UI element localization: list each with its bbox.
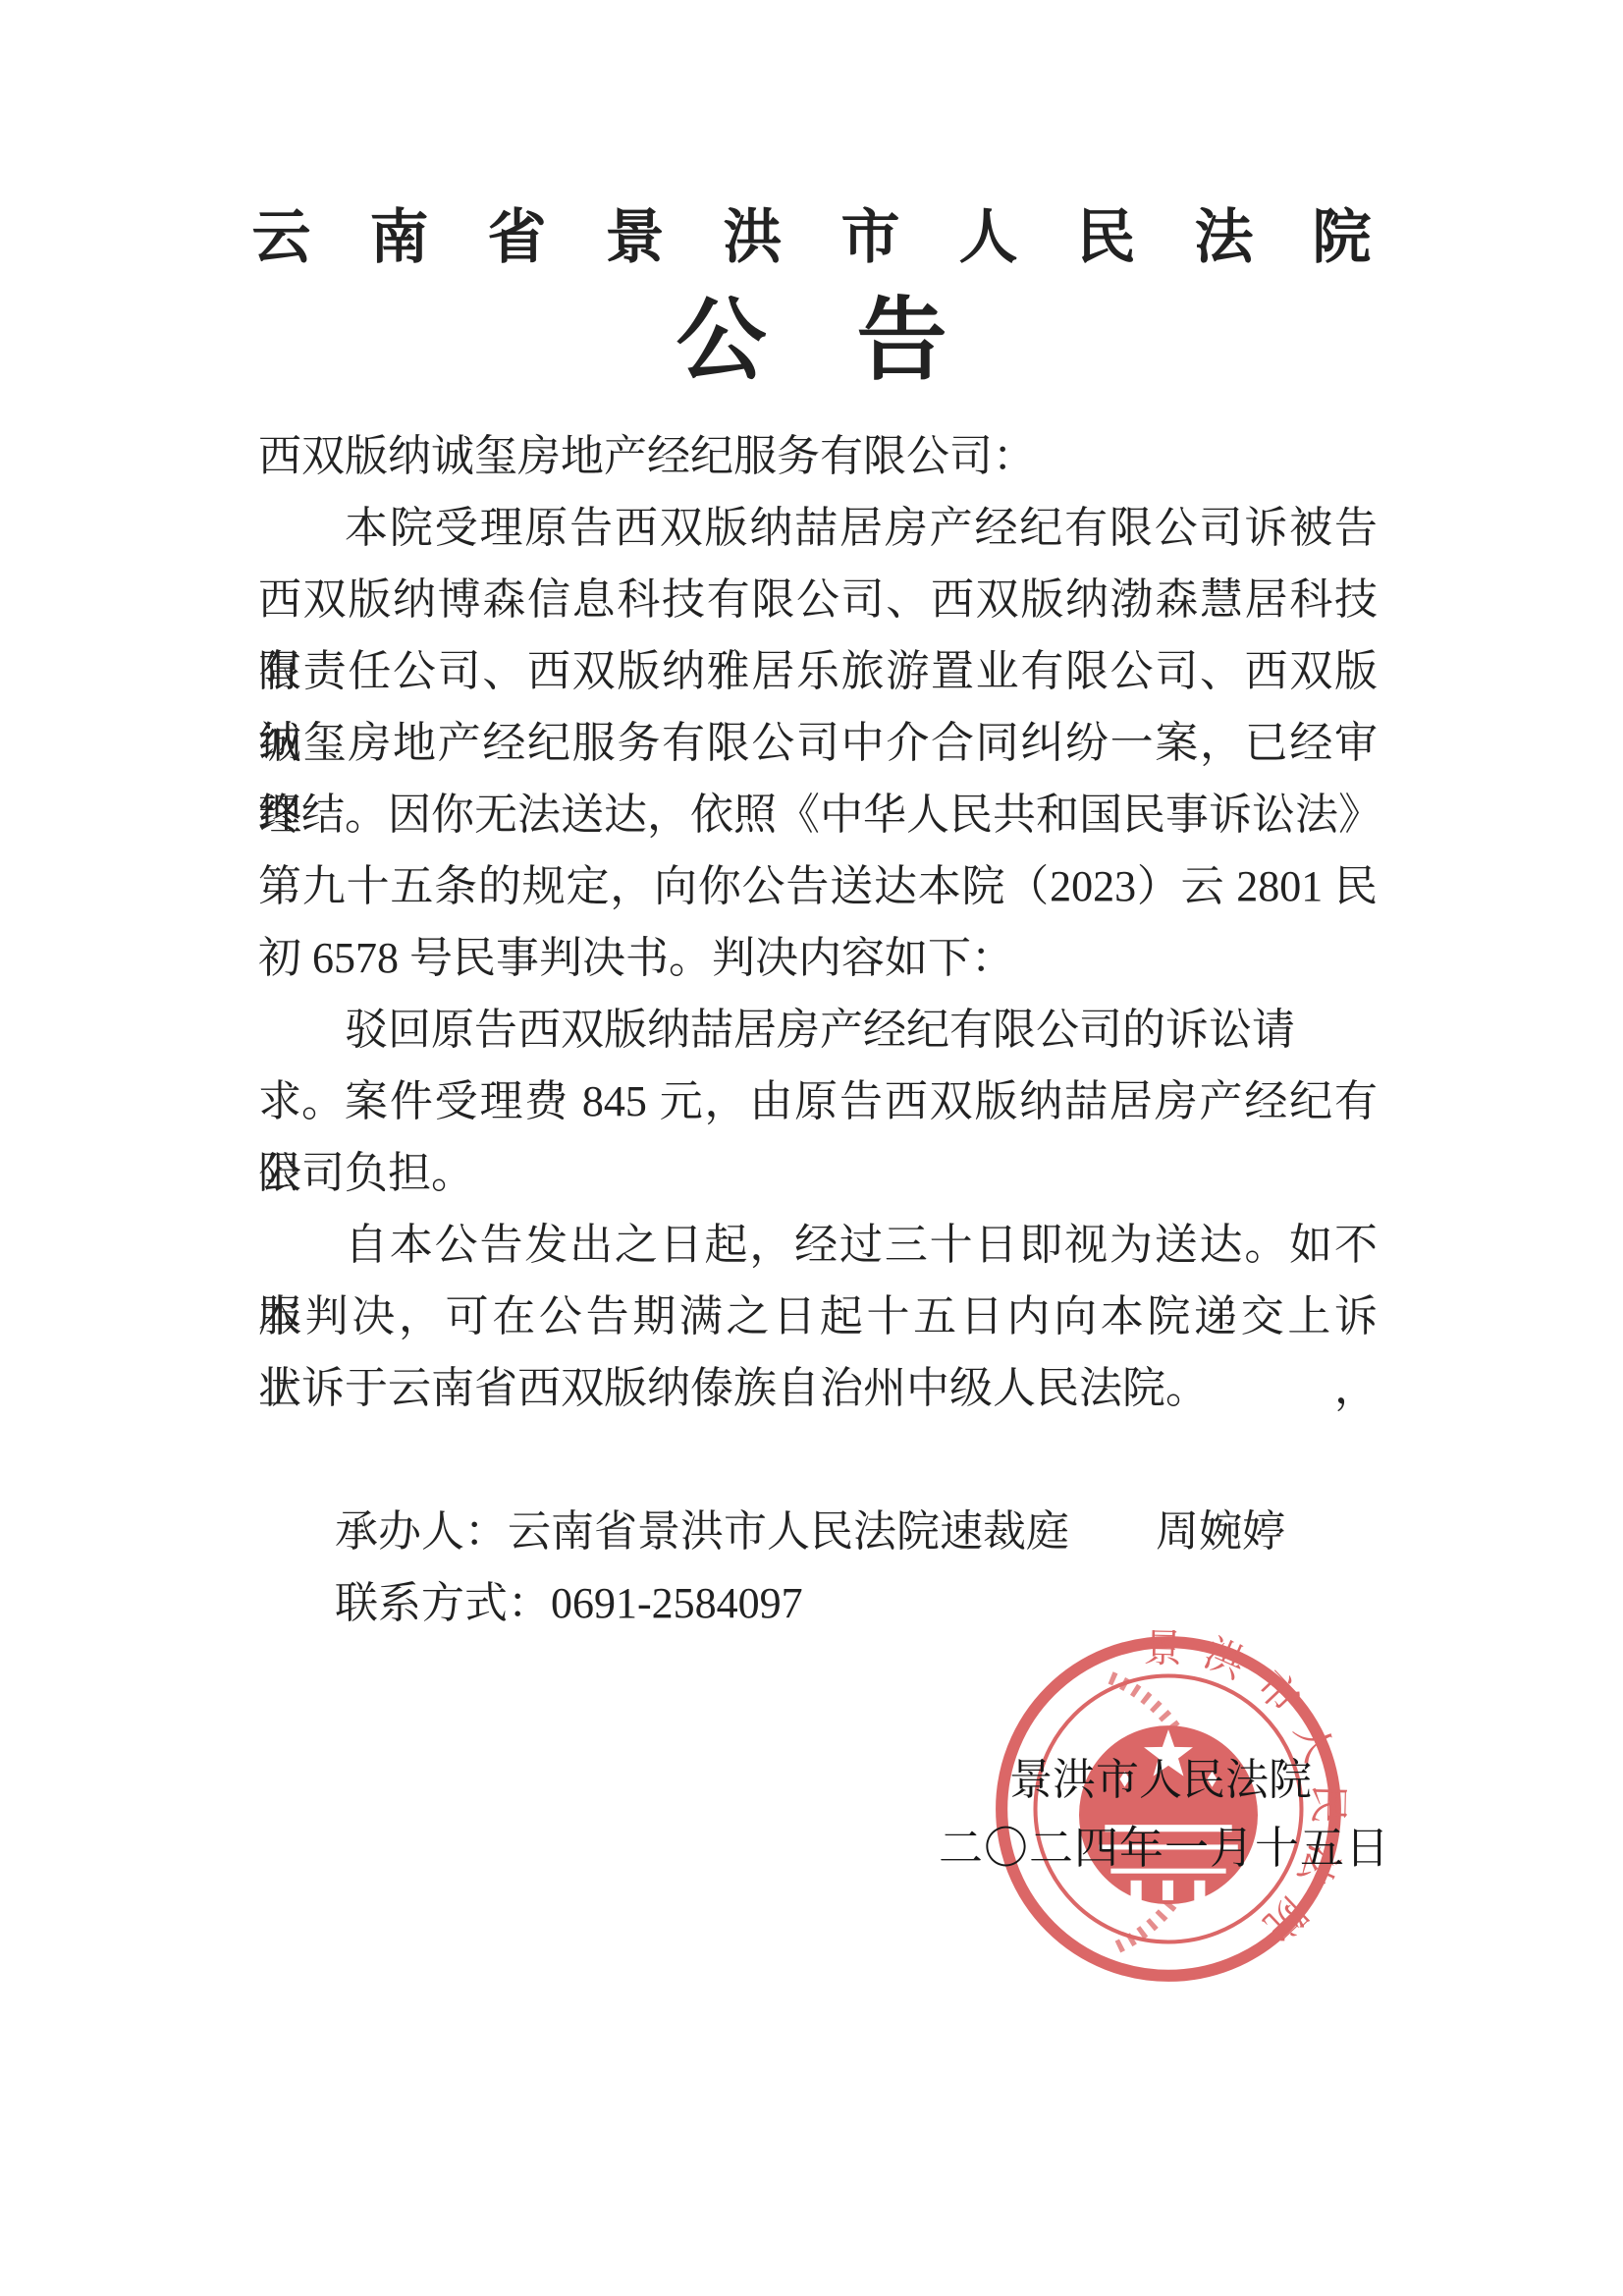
announcement-body: 西双版纳诚玺房地产经纪服务有限公司： 本院受理原告西双版纳喆居房产经纪有限公司诉…	[258, 420, 1378, 1639]
signature-court-name: 景洪市人民法院	[1009, 1756, 1324, 1805]
handler-line: 承办人：云南省景洪市人民法院速裁庭 周婉婷	[258, 1496, 1378, 1567]
contact-line: 联系方式：0691-2584097	[258, 1567, 1378, 1639]
body-line: 限责任公司、西双版纳雅居乐旅游置业有限公司、西双版纳	[258, 635, 1378, 707]
body-line: 本院受理原告西双版纳喆居房产经纪有限公司诉被告	[258, 492, 1378, 564]
announcement-heading: 公告	[0, 283, 1623, 399]
official-red-seal: 景洪市人民法院	[990, 1630, 1347, 1988]
fee-line: 案件受理费 845 元，由原告西双版纳喆居房产经纪有限	[258, 1066, 1378, 1137]
judgment-line: 驳回原告西双版纳喆居房产经纪有限公司的诉讼请求。	[258, 994, 1378, 1066]
fee-line: 公司负担。	[258, 1137, 1378, 1209]
announcement-document: 云南省景洪市人民法院 公告 西双版纳诚玺房地产经纪服务有限公司： 本院受理原告西…	[0, 0, 1623, 2296]
court-title: 云南省景洪市人民法院	[0, 198, 1623, 277]
addressee-line: 西双版纳诚玺房地产经纪服务有限公司：	[258, 420, 1378, 492]
body-line: 第九十五条的规定，向你公告送达本院（2023）云 2801 民	[258, 850, 1378, 922]
blank-line	[258, 1424, 1378, 1496]
notice-period-line: 自本公告发出之日起，经过三十日即视为送达。如不服	[258, 1209, 1378, 1281]
notice-period-line: 本判决，可在公告期满之日起十五日内向本院递交上诉状，	[258, 1281, 1378, 1352]
body-line: 诚玺房地产经纪服务有限公司中介合同纠纷一案，已经审理	[258, 707, 1378, 779]
body-line: 终结。因你无法送达，依照《中华人民共和国民事诉讼法》	[258, 779, 1378, 850]
body-line: 初 6578 号民事判决书。判决内容如下：	[258, 922, 1378, 994]
seal-national-emblem	[1079, 1725, 1258, 1904]
body-line: 西双版纳博森信息科技有限公司、西双版纳渤森慧居科技有	[258, 564, 1378, 635]
signature-date: 二〇二四年一月十五日	[939, 1823, 1400, 1874]
seal-graphic: 景洪市人民法院	[990, 1630, 1347, 1988]
